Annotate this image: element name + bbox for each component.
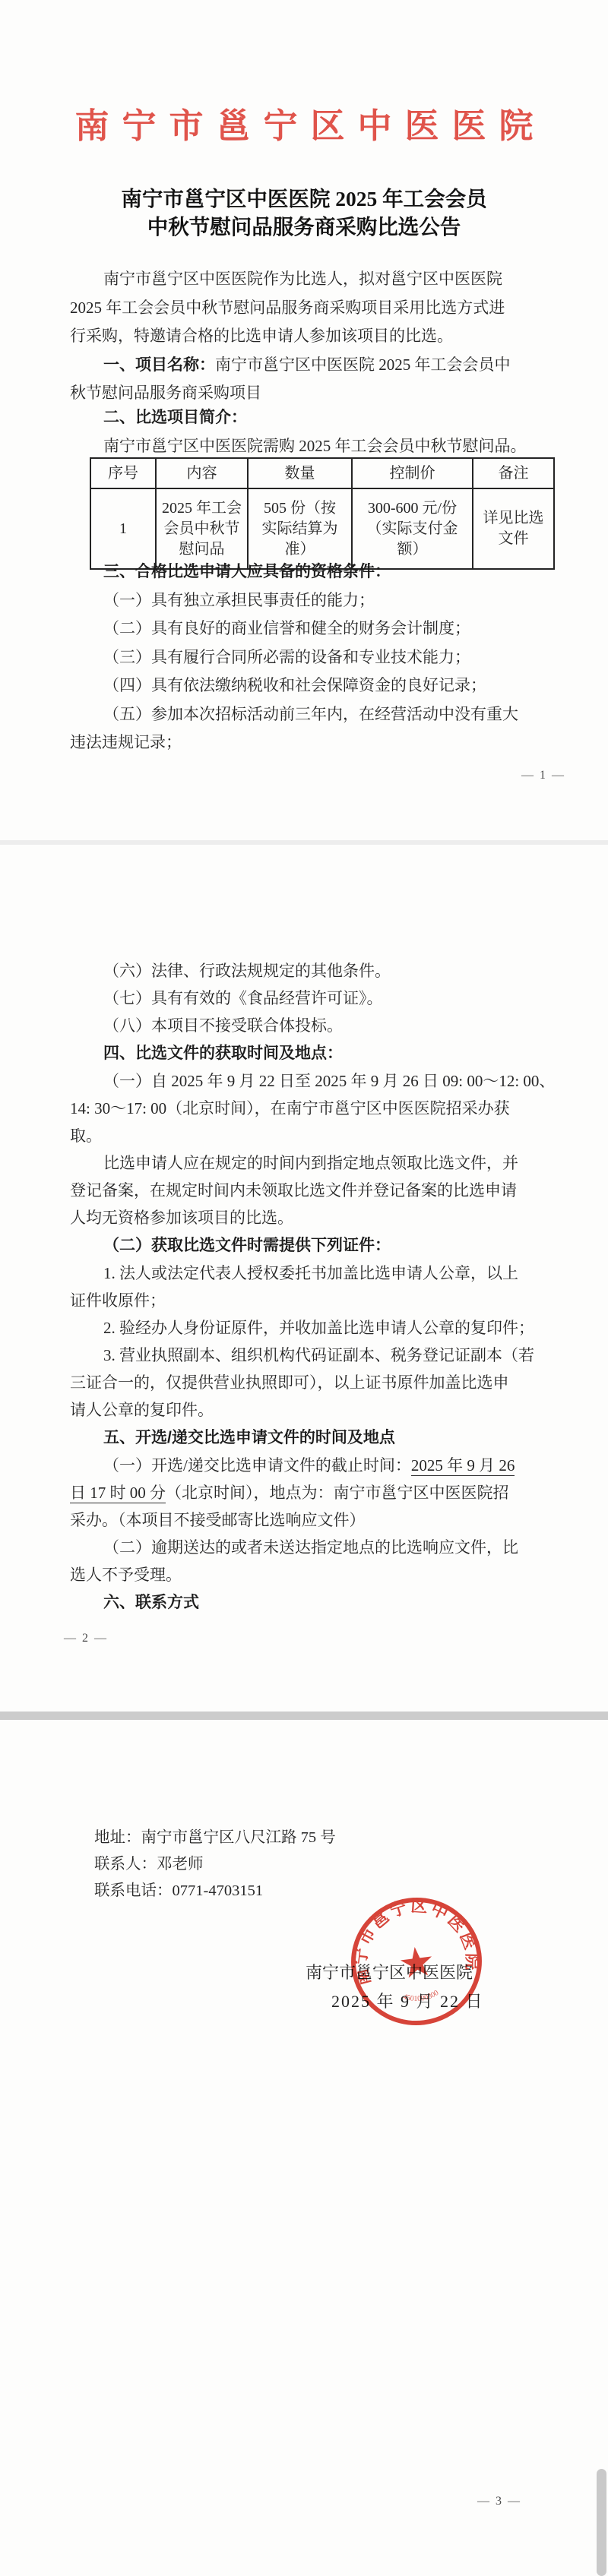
text-segment: 联系电话：0771-4703151 xyxy=(94,1882,263,1899)
text-segment: 14: 30～17: 00（北京时间），在南宁市邕宁区中医医院招采办获 xyxy=(70,1099,510,1117)
text-segment: 人均无资格参加该项目的比选。 xyxy=(70,1209,293,1227)
text-line: 登记备案，在规定时间内未领取比选文件并登记备案的比选申请 xyxy=(70,1177,556,1204)
text-line: 违法违规记录； xyxy=(70,729,556,757)
col-header-seq: 序号 xyxy=(90,458,156,488)
document-title-line2: 中秋节慰问品服务商采购比选公告 xyxy=(0,213,608,241)
text-segment: 南宁市邕宁区中医医院作为比选人，拟对邕宁区中医医院 xyxy=(103,270,502,288)
page1-section3: 三、合格比选申请人应具备的资格条件：（一）具有独立承担民事责任的能力；（二）具有… xyxy=(70,558,556,757)
text-segment: 采办。（本项目不接受邮寄比选响应文件） xyxy=(70,1511,366,1529)
text-segment: （北京时间），地点为：南宁市邕宁区中医医院招 xyxy=(166,1484,509,1502)
text-line: 一、项目名称：南宁市邕宁区中医医院 2025 年工会会员中 xyxy=(70,351,556,380)
text-line: 南宁市邕宁区中医医院作为比选人，拟对邕宁区中医医院 xyxy=(70,265,556,294)
text-line: （一）开选/递交比选申请文件的截止时间：2025 年 9 月 26 xyxy=(70,1452,556,1479)
text-line: （三）具有履行合同所必需的设备和专业技术能力； xyxy=(70,643,556,672)
text-segment: 南宁市邕宁区中医医院 2025 年工会会员中 xyxy=(215,356,511,374)
text-line: （四）具有依法缴纳税收和社会保障资金的良好记录； xyxy=(70,672,556,700)
text-segment: 1. 法人或法定代表人授权委托书加盖比选申请人公章，以上 xyxy=(103,1264,518,1282)
text-line: 3. 营业执照副本、组织机构代码证副本、税务登记证副本（若 xyxy=(70,1342,556,1369)
text-segment: （六）法律、行政法规规定的其他条件。 xyxy=(103,962,391,980)
text-line: 采办。（本项目不接受邮寄比选响应文件） xyxy=(70,1506,556,1534)
text-line: 1. 法人或法定代表人授权委托书加盖比选申请人公章，以上 xyxy=(70,1260,556,1287)
text-line: 取。 xyxy=(70,1122,556,1149)
text-segment: 日 17 时 00 分 xyxy=(70,1484,166,1503)
text-segment: （三）具有履行合同所必需的设备和专业技术能力； xyxy=(103,648,470,666)
text-segment: 比选申请人应在规定的时间内到指定地点领取比选文件，并 xyxy=(103,1154,518,1172)
text-segment: 五、开选/递交比选申请文件的时间及地点 xyxy=(103,1429,395,1446)
scrollbar-thumb[interactable] xyxy=(597,2469,606,2576)
text-segment: （二）逾期送达的或者未送达指定地点的比选响应文件，比 xyxy=(103,1538,518,1557)
table-header-row: 序号 内容 数量 控制价 备注 xyxy=(90,458,554,488)
text-segment: 秋节慰问品服务商采购项目 xyxy=(70,384,261,402)
text-line: 四、比选文件的获取时间及地点： xyxy=(70,1039,556,1067)
col-header-control-price: 控制价 xyxy=(352,458,473,488)
text-segment: 联系人：邓老师 xyxy=(94,1856,204,1873)
text-segment: 地址：南宁市邕宁区八尺江路 75 号 xyxy=(94,1829,336,1846)
text-segment: 取。 xyxy=(70,1127,102,1145)
text-segment: 请人公章的复印件。 xyxy=(70,1401,214,1419)
document-title-line1: 南宁市邕宁区中医医院 2025 年工会会员 xyxy=(0,185,608,213)
text-line: 人均无资格参加该项目的比选。 xyxy=(70,1204,556,1231)
text-segment: （四）具有依法缴纳税收和社会保障资金的良好记录； xyxy=(103,676,486,694)
page-number-3: — 3 — xyxy=(477,2495,521,2508)
text-segment: （二）具有良好的商业信誉和健全的财务会计制度； xyxy=(103,619,470,637)
project-summary-table: 序号 内容 数量 控制价 备注 1 2025 年工会 会员中秋节 慰问品 505… xyxy=(90,457,555,570)
text-segment: 行采购，特邀请合格的比选申请人参加该项目的比选。 xyxy=(70,327,453,345)
text-segment: 2025 年 9 月 26 xyxy=(411,1456,515,1476)
text-line: （六）法律、行政法规规定的其他条件。 xyxy=(70,957,556,985)
text-line: （二）获取比选文件时需提供下列证件： xyxy=(70,1231,556,1260)
document-title: 南宁市邕宁区中医医院 2025 年工会会员 中秋节慰问品服务商采购比选公告 xyxy=(0,185,608,241)
text-segment: 三证合一的，仅提供营业执照即可），以上证书原件加盖比选申 xyxy=(70,1373,509,1392)
text-segment: 六、联系方式 xyxy=(103,1594,199,1611)
text-line: 五、开选/递交比选申请文件的时间及地点 xyxy=(70,1424,556,1452)
text-line: 请人公章的复印件。 xyxy=(70,1396,556,1424)
text-line: 南宁市邕宁区中医医院需购 2025 年工会会员中秋节慰问品。 xyxy=(70,432,556,461)
text-line: 证件收原件； xyxy=(70,1287,556,1314)
page2-body: （六）法律、行政法规规定的其他条件。（七）具有有效的《食品经营许可证》。（八）本… xyxy=(70,957,556,1617)
text-line: 选人不予受理。 xyxy=(70,1561,556,1588)
text-line: 联系人：邓老师 xyxy=(94,1851,336,1878)
text-line: （五）参加本次招标活动前三年内，在经营活动中没有重大 xyxy=(70,700,556,729)
text-line: （七）具有有效的《食品经营许可证》。 xyxy=(70,985,556,1012)
text-segment: （一）开选/递交比选申请文件的截止时间： xyxy=(103,1456,411,1474)
text-segment: 3. 营业执照副本、组织机构代码证副本、税务登记证副本（若 xyxy=(103,1346,534,1364)
col-header-quantity: 数量 xyxy=(248,458,352,488)
page-number-1: — 1 — xyxy=(521,769,565,782)
text-line: （二）具有良好的商业信誉和健全的财务会计制度； xyxy=(70,615,556,643)
text-segment: 登记备案，在规定时间内未领取比选文件并登记备案的比选申请 xyxy=(70,1181,517,1199)
text-line: （八）本项目不接受联合体投标。 xyxy=(70,1012,556,1039)
page1-section2: 二、比选项目简介：南宁市邕宁区中医医院需购 2025 年工会会员中秋节慰问品。 xyxy=(70,403,556,460)
page-separator-1 xyxy=(0,840,608,845)
text-segment: 四、比选文件的获取时间及地点： xyxy=(103,1045,343,1062)
seal-serial-number: 4501000300 xyxy=(401,1988,441,2005)
text-line: 六、联系方式 xyxy=(70,1588,556,1617)
text-segment: （二）获取比选文件时需提供下列证件： xyxy=(103,1237,391,1254)
text-segment: 证件收原件； xyxy=(70,1291,166,1310)
page1-intro: 南宁市邕宁区中医医院作为比选人，拟对邕宁区中医医院2025 年工会会员中秋节慰问… xyxy=(70,265,556,408)
official-seal: 南宁市邕宁区中医医院 ★ 4501000300 xyxy=(340,1887,492,2037)
col-header-content: 内容 xyxy=(156,458,248,488)
text-line: 14: 30～17: 00（北京时间），在南宁市邕宁区中医医院招采办获 xyxy=(70,1095,556,1122)
text-line: 行采购，特邀请合格的比选申请人参加该项目的比选。 xyxy=(70,322,556,351)
text-segment: 三、合格比选申请人应具备的资格条件： xyxy=(103,563,391,580)
text-line: 比选申请人应在规定的时间内到指定地点领取比选文件，并 xyxy=(70,1149,556,1177)
col-header-remark: 备注 xyxy=(473,458,554,488)
seal-star-icon: ★ xyxy=(396,1938,438,1987)
text-segment: 2025 年工会会员中秋节慰问品服务商采购项目采用比选方式进 xyxy=(70,299,505,317)
text-line: 2025 年工会会员中秋节慰问品服务商采购项目采用比选方式进 xyxy=(70,294,556,323)
text-segment: （一）具有独立承担民事责任的能力； xyxy=(103,591,375,609)
text-line: 日 17 时 00 分（北京时间），地点为：南宁市邕宁区中医医院招 xyxy=(70,1479,556,1506)
text-segment: （五）参加本次招标活动前三年内，在经营活动中没有重大 xyxy=(103,705,518,723)
text-line: 三、合格比选申请人应具备的资格条件： xyxy=(70,558,556,586)
letterhead-hospital-name: 南宁市邕宁区中医医院 xyxy=(0,107,608,145)
text-line: （二）逾期送达的或者未送达指定地点的比选响应文件，比 xyxy=(70,1534,556,1561)
text-segment: 一、项目名称： xyxy=(103,356,215,374)
text-segment: 南宁市邕宁区中医医院需购 2025 年工会会员中秋节慰问品。 xyxy=(103,437,527,455)
text-segment: （一）自 2025 年 9 月 22 日至 2025 年 9 月 26 日 09… xyxy=(103,1072,555,1090)
text-line: 联系电话：0771-4703151 xyxy=(94,1878,336,1904)
text-segment: 选人不予受理。 xyxy=(70,1566,182,1584)
text-segment: （七）具有有效的《食品经营许可证》。 xyxy=(103,989,383,1007)
text-segment: 违法违规记录； xyxy=(70,733,182,751)
text-segment: 二、比选项目简介： xyxy=(103,409,247,426)
text-line: 二、比选项目简介： xyxy=(70,403,556,432)
text-line: （一）具有独立承担民事责任的能力； xyxy=(70,586,556,615)
document-viewer: 南宁市邕宁区中医医院 南宁市邕宁区中医医院 2025 年工会会员 中秋节慰问品服… xyxy=(0,0,608,2576)
page-separator-2 xyxy=(0,1712,608,1720)
text-line: （一）自 2025 年 9 月 22 日至 2025 年 9 月 26 日 09… xyxy=(70,1067,556,1095)
page-number-2: — 2 — xyxy=(64,1632,108,1645)
text-segment: （八）本项目不接受联合体投标。 xyxy=(103,1016,343,1035)
text-segment: 2. 验经办人身份证原件，并收加盖比选申请人公章的复印件； xyxy=(103,1319,534,1337)
text-line: 2. 验经办人身份证原件，并收加盖比选申请人公章的复印件； xyxy=(70,1314,556,1342)
contact-block: 地址：南宁市邕宁区八尺江路 75 号联系人：邓老师联系电话：0771-47031… xyxy=(94,1825,336,1904)
text-line: 三证合一的，仅提供营业执照即可），以上证书原件加盖比选申 xyxy=(70,1369,556,1396)
text-line: 地址：南宁市邕宁区八尺江路 75 号 xyxy=(94,1825,336,1851)
